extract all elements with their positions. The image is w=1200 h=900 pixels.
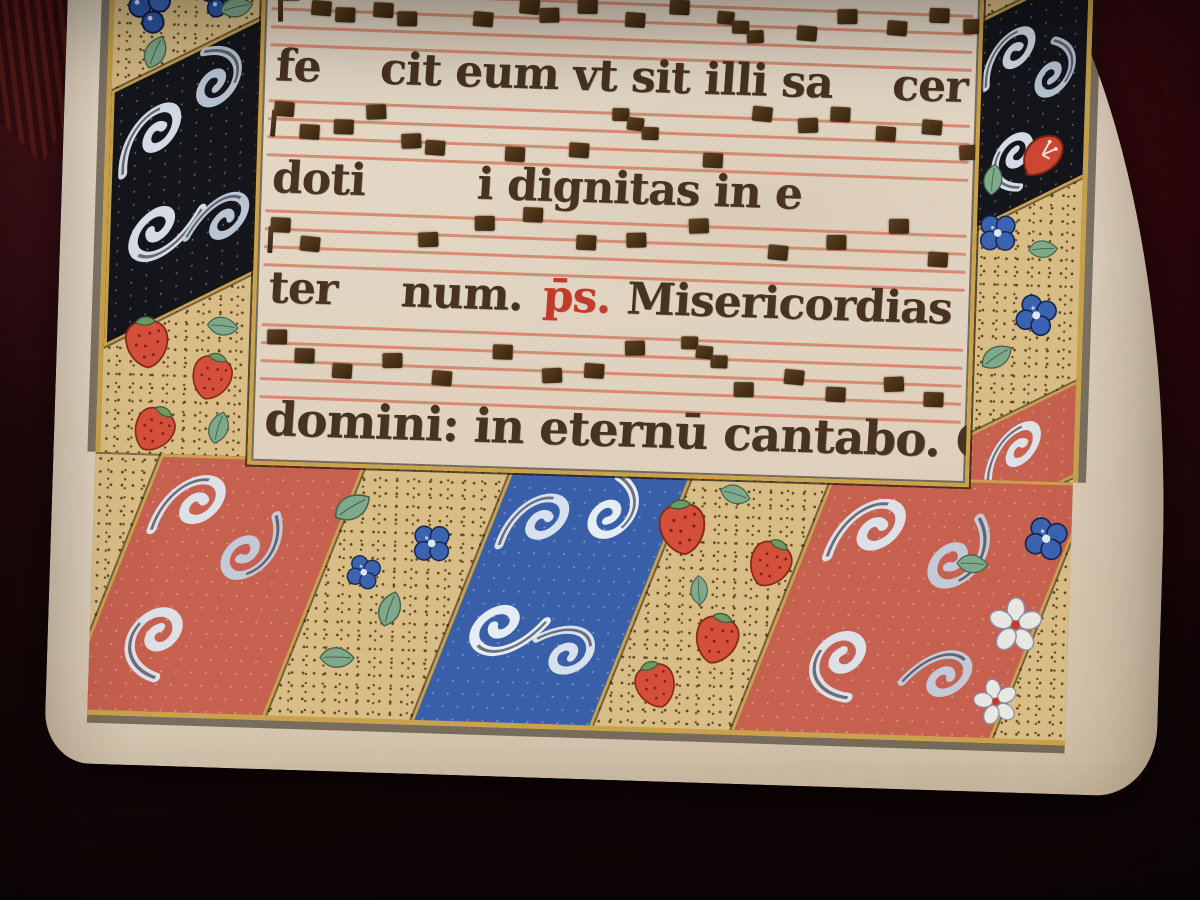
- neume-climacus: [710, 355, 727, 369]
- neume-punctum: [921, 119, 942, 136]
- neume-punctum: [334, 119, 354, 135]
- neume-punctum: [625, 12, 646, 28]
- strawberry-motif: [118, 311, 176, 373]
- acanthus-scroll-motif: [98, 594, 207, 687]
- neume-punctum: [418, 232, 439, 248]
- blue-flower-motif: [338, 547, 389, 598]
- neume-punctum: [625, 340, 645, 355]
- neume-punctum: [431, 370, 452, 387]
- neume-punctum: [734, 382, 754, 397]
- neume-climacus: [747, 30, 764, 44]
- border-segment-black-acanthus: [104, 12, 272, 347]
- leaf-motif: [197, 403, 248, 454]
- blue-flower-motif: [1005, 284, 1067, 346]
- neume-punctum: [475, 216, 495, 231]
- neume-punctum: [366, 104, 387, 120]
- neume-punctum: [837, 9, 857, 24]
- neume-punctum: [767, 244, 788, 261]
- neume-climacus: [642, 127, 659, 141]
- acanthus-scroll-motif: [177, 38, 259, 115]
- neume-punctum: [569, 142, 590, 158]
- chant-word-segment: cit eum vt sit illi sa: [379, 47, 835, 107]
- neume-punctum: [626, 232, 646, 247]
- acanthus-scroll-motif: [982, 406, 1045, 483]
- strawberry-motif: [683, 603, 751, 674]
- chant-word-segment: cer: [891, 63, 969, 111]
- neume-punctum: [783, 369, 804, 386]
- border-segment-red-acanthus: [961, 378, 1082, 482]
- chant-word-segment: Misericordias: [625, 276, 953, 332]
- chant-word-segment: fe: [274, 43, 322, 91]
- neume-punctum: [280, 0, 300, 1]
- neume-punctum: [752, 106, 773, 123]
- neume-punctum: [576, 235, 597, 251]
- leaf-motif: [975, 336, 1022, 383]
- strawberry-motif: [623, 651, 687, 718]
- neume-punctum: [825, 387, 846, 403]
- strawberry-motif: [119, 393, 189, 457]
- neume-tail: [278, 0, 283, 22]
- parchment-leaf: fecit eum vt sit illi sacerdotii dignita…: [44, 0, 1185, 797]
- white-flower-motif: [967, 674, 1024, 731]
- acanthus-scroll-motif: [784, 622, 890, 706]
- acanthus-scroll-motif: [568, 468, 662, 552]
- neume-punctum: [401, 133, 422, 149]
- acanthus-scroll-motif: [212, 507, 293, 595]
- illuminated-border-bottom: [87, 452, 1073, 746]
- strawberry-motif: [650, 493, 714, 561]
- neume-punctum: [689, 218, 710, 234]
- neume-punctum: [875, 126, 896, 142]
- chant-text-line-4: domini: in eternū cantabo. Glo: [263, 395, 958, 466]
- neume-punctum: [884, 376, 905, 392]
- leaf-motif: [710, 474, 759, 523]
- neume-punctum: [397, 11, 417, 26]
- neume-punctum: [830, 107, 851, 123]
- chant-text-line-3: ternum.p̄s.Misericordias: [267, 265, 962, 333]
- blue-flower-motif: [408, 520, 455, 567]
- music-area: fecit eum vt sit illi sacerdotii dignita…: [251, 0, 984, 483]
- neume-punctum: [584, 363, 605, 379]
- white-flower-motif: [986, 596, 1046, 656]
- leaf-motif: [309, 633, 366, 690]
- neume-punctum: [425, 140, 446, 156]
- neume-punctum: [959, 145, 980, 161]
- chant-word-segment: i dignitas in e: [476, 162, 804, 218]
- chant-word-segment: num.: [400, 269, 525, 319]
- border-segment-red-acanthus: [87, 454, 367, 721]
- rubric-psalm-abbreviation: p̄s.: [541, 274, 612, 322]
- neume-punctum: [578, 0, 598, 14]
- neume-punctum: [311, 0, 332, 16]
- chant-word-segment: doti: [271, 155, 367, 204]
- neume-punctum: [923, 392, 943, 408]
- neume-punctum: [929, 8, 949, 24]
- strawberry-motif: [180, 343, 244, 410]
- neume-punctum: [299, 124, 320, 140]
- neume-tail: [267, 226, 273, 253]
- acanthus-scroll-motif: [142, 467, 240, 538]
- neume-punctum: [267, 329, 287, 344]
- neume-punctum: [493, 344, 513, 360]
- chant-text-block: fecit eum vt sit illi sacerdotii dignita…: [247, 0, 990, 487]
- chant-word-segment: domini: in eternū cantabo. Glo: [263, 395, 990, 469]
- neume-punctum: [796, 25, 817, 42]
- neume-punctum: [669, 0, 690, 15]
- neume-punctum: [335, 7, 355, 23]
- chant-text-line-1: fecit eum vt sit illi sacer: [274, 43, 969, 111]
- neume-punctum: [332, 363, 353, 379]
- neume-punctum: [294, 348, 314, 364]
- neume-punctum: [299, 235, 320, 252]
- acanthus-scroll-motif: [817, 490, 920, 565]
- neume-punctum: [887, 20, 908, 37]
- neume-punctum: [382, 353, 402, 368]
- neume-punctum: [519, 0, 540, 15]
- neume-punctum: [270, 217, 291, 233]
- neume-punctum: [539, 8, 559, 23]
- photograph-of-illuminated-manuscript: fecit eum vt sit illi sacerdotii dignita…: [0, 0, 1200, 900]
- chant-word-segment: ter: [267, 265, 339, 313]
- neume-punctum: [542, 368, 563, 384]
- leaf-motif: [1019, 228, 1067, 276]
- neume-punctum: [963, 19, 983, 34]
- neume-punctum: [826, 235, 846, 250]
- leaf-motif: [678, 566, 726, 614]
- neume-punctum: [798, 118, 819, 134]
- neume-punctum: [373, 2, 394, 18]
- blue-flower-motif: [974, 209, 1021, 256]
- illuminated-border-left: [95, 0, 271, 457]
- neume-tail: [270, 110, 277, 137]
- neume-punctum: [274, 101, 295, 118]
- neume-punctum: [927, 252, 948, 268]
- acanthus-scroll-motif: [116, 86, 185, 185]
- neume-punctum: [473, 11, 494, 28]
